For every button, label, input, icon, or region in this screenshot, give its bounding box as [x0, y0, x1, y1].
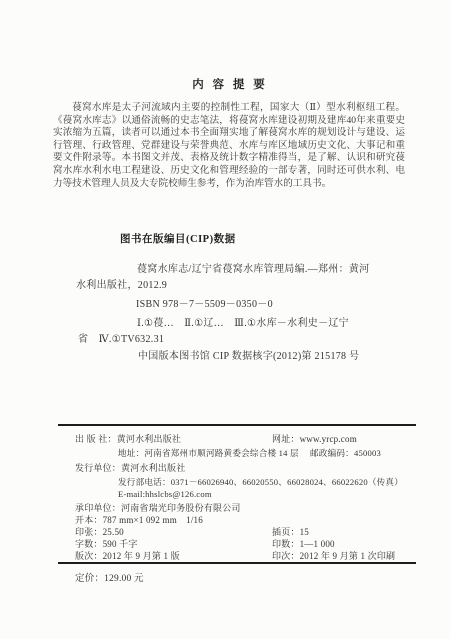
- cip-entry-line2: 水利出版社，2012.9: [76, 276, 167, 291]
- cip-entry-line1: 葠窝水库志/辽宁省葠窝水库管理局编.—郑州：黄河: [137, 260, 369, 275]
- divider-bottom: [58, 562, 416, 564]
- phone-line: 发行部电话：0371－66026940、66020550、66028024、66…: [118, 476, 403, 488]
- publisher-line: 出 版 社：黄河水利出版社: [75, 432, 181, 445]
- content-summary-title: 内 容 提 要: [30, 76, 430, 92]
- cip-record-number: 中国版本图书馆 CIP 数据核字(2012)第 215178 号: [138, 347, 359, 362]
- content-summary-text: 葠窝水库是太子河流域内主要的控制性工程，国家大（Ⅱ）型水利枢纽工程。《葠窝水库志…: [53, 102, 405, 190]
- cip-classification-line2: 省 Ⅳ.①TV632.31: [78, 330, 164, 345]
- website-line: 网址：www.yrcp.com: [272, 432, 357, 445]
- isbn-number: ISBN 978－7－5509－0350－0: [136, 295, 273, 310]
- price-line: 定价：129.00 元: [75, 570, 144, 584]
- address-line: 地址：河南省郑州市顺河路黄委会综合楼 14 层: [118, 447, 299, 459]
- cip-classification-line1: Ⅰ.①葠… Ⅱ.①辽… Ⅲ.①水库－水利史－辽宁: [137, 314, 349, 329]
- distributor-line: 发行单位：黄河水利出版社: [75, 461, 185, 474]
- edition-line: 版次：2012 年 9 月第 1 版: [75, 549, 180, 562]
- cip-heading: 图书在版编目(CIP)数据: [120, 231, 236, 246]
- impression-line: 印次：2012 年 9 月第 1 次印刷: [272, 549, 395, 562]
- copyright-page: 内 容 提 要 葠窝水库是太子河流域内主要的控制性工程，国家大（Ⅱ）型水利枢纽工…: [0, 0, 450, 639]
- email-line: E-mail:hhslcbs@126.com: [118, 489, 212, 499]
- postcode-line: 邮政编码：450003: [310, 447, 381, 459]
- divider-top: [58, 424, 416, 426]
